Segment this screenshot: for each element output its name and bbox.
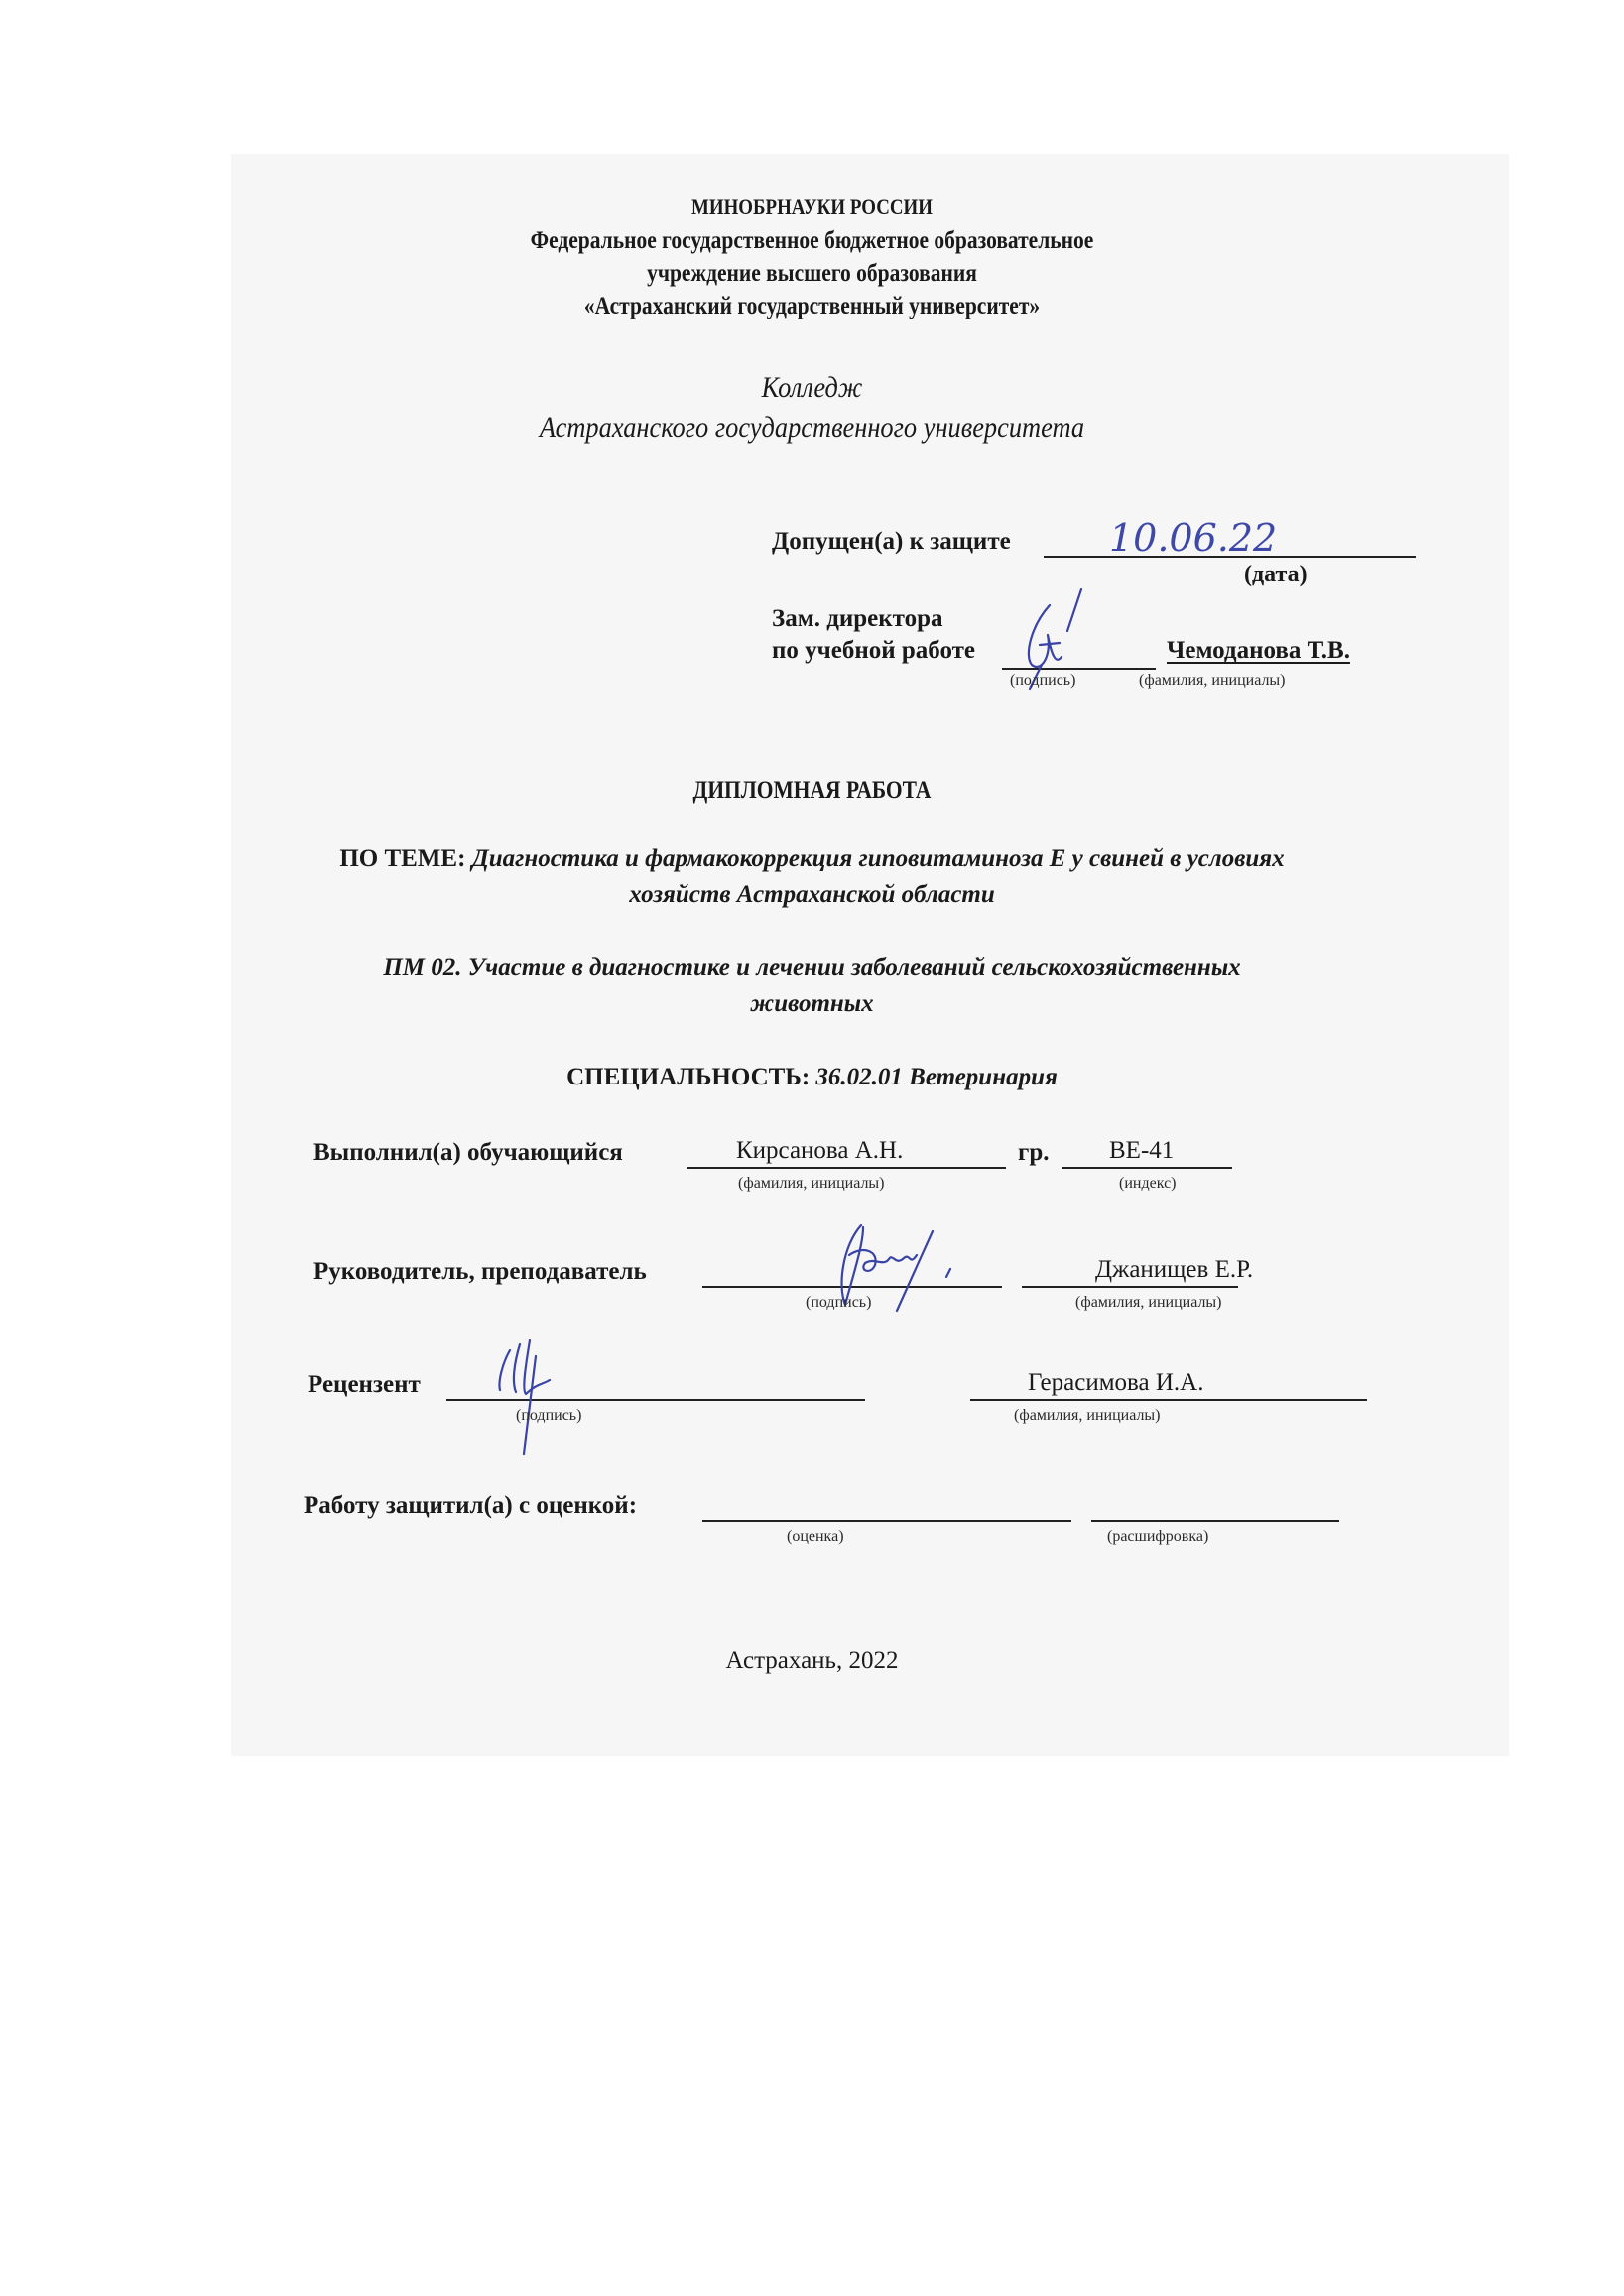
defense-label: Работу защитил(а) с оценкой:: [304, 1492, 637, 1520]
grade-text-caption: (расшифровка): [1107, 1528, 1208, 1546]
grade-text-line: [1091, 1520, 1339, 1522]
reviewer-name: Герасимова И.А.: [1028, 1369, 1203, 1397]
reviewer-signature: [486, 1335, 595, 1454]
date-caption: (дата): [1244, 562, 1308, 588]
admitted-date: 10.06.22: [1109, 516, 1277, 560]
grade-caption: (оценка): [787, 1528, 844, 1546]
supervisor-label: Руководитель, преподаватель: [313, 1258, 647, 1286]
topic-label: ПО ТЕМЕ:: [339, 845, 465, 872]
topic-line-1: ПО ТЕМЕ: Диагностика и фармакокоррекция …: [0, 845, 1624, 873]
supervisor-name-line: [1022, 1286, 1238, 1288]
college-line-1: Колледж: [97, 371, 1527, 405]
reviewer-name-caption: (фамилия, инициалы): [1014, 1407, 1161, 1425]
deputy-name-caption: (фамилия, инициалы): [1139, 672, 1286, 690]
student-name-line: [687, 1167, 1006, 1169]
college-line-2: Астраханского государственного университ…: [97, 411, 1527, 445]
grade-line: [702, 1520, 1071, 1522]
reviewer-signature-caption: (подпись): [516, 1407, 581, 1425]
deputy-name: Чемоданова Т.В.: [1167, 637, 1350, 665]
university-name: «Астраханский государственный университе…: [114, 293, 1511, 320]
topic-text: Диагностика и фармакокоррекция гиповитам…: [472, 845, 1285, 872]
document-type: ДИПЛОМНАЯ РАБОТА: [114, 777, 1511, 805]
institution-line-2: учреждение высшего образования: [114, 260, 1511, 288]
specialty-label: СПЕЦИАЛЬНОСТЬ:: [566, 1064, 810, 1090]
group-label: гр.: [1018, 1139, 1050, 1167]
deputy-label-2: по учебной работе: [772, 637, 975, 665]
group-caption: (индекс): [1119, 1175, 1177, 1193]
reviewer-label: Рецензент: [308, 1371, 421, 1399]
topic-line-2: хозяйств Астраханской области: [0, 881, 1624, 909]
reviewer-name-line: [970, 1399, 1367, 1401]
group-line: [1062, 1167, 1232, 1169]
specialty-value: 36.02.01 Ветеринария: [815, 1064, 1057, 1090]
deputy-signature-caption: (подпись): [1010, 672, 1075, 690]
module-line-2: животных: [0, 990, 1624, 1018]
supervisor-signature-caption: (подпись): [806, 1294, 871, 1312]
city-year: Астрахань, 2022: [0, 1647, 1624, 1675]
group-value: ВЕ-41: [1109, 1137, 1174, 1165]
supervisor-name-caption: (фамилия, инициалы): [1075, 1294, 1222, 1312]
student-name-caption: (фамилия, инициалы): [738, 1175, 885, 1193]
admitted-label: Допущен(а) к защите: [772, 528, 1011, 556]
student-name: Кирсанова А.Н.: [736, 1137, 903, 1165]
supervisor-name: Джанищев Е.Р.: [1095, 1256, 1253, 1284]
ministry-name: МИНОБРНАУКИ РОССИИ: [114, 194, 1511, 220]
module-line-1: ПМ 02. Участие в диагностике и лечении з…: [0, 955, 1624, 982]
institution-line-1: Федеральное государственное бюджетное об…: [114, 227, 1511, 255]
deputy-label-1: Зам. директора: [772, 605, 943, 633]
specialty: СПЕЦИАЛЬНОСТЬ: 36.02.01 Ветеринария: [0, 1064, 1624, 1091]
student-label: Выполнил(а) обучающийся: [313, 1139, 623, 1167]
